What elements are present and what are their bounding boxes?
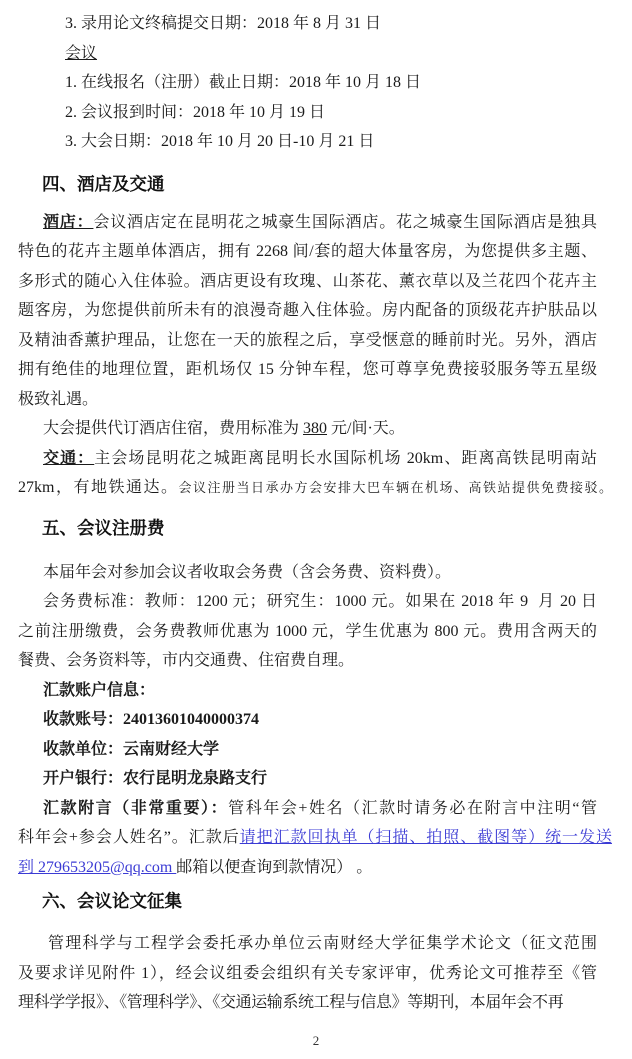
text-line: 管理科学与工程学会委托承办单位云南财经大学征集学术论文（征文范围 [18, 929, 597, 959]
text-segment: 理科学学报》、《管理科学》、《交通运输系统工程与信息》等期刊，本届年会不再 [18, 994, 563, 1011]
text-segment: 1. 在线报名（注册）截止日期：2018 年 10 月 18 日 [65, 74, 421, 91]
text-segment: 元/间·天。 [327, 420, 405, 437]
text-line: 餐费、会务资料等，市内交通费、住宿费自理。 [18, 646, 597, 676]
text-line: 会务费标准：教师：1200 元；研究生：1000 元。如果在 2018 年 9 … [18, 587, 597, 617]
text-line: 题客房，为您提供前所未有的浪漫奇趣入住体验。房内配备的顶级花卉护肤品以 [18, 296, 597, 326]
text-line: 交通：主会场昆明花之城距离昆明长水国际机场 20km、距离高铁昆明南站 [18, 444, 597, 474]
text-line: 2. 会议报到时间：2018 年 10 月 19 日 [65, 98, 597, 128]
text-segment: 管科年会+姓名（汇款时请务必在附言中注明“管 [228, 800, 597, 817]
section-heading-paper-solicitation: 六、会议论文征集 [42, 888, 597, 914]
text-segment: 多形式的随心入住体验。酒店更设有玫瑰、山茶花、薰衣草以及兰花四个花卉主 [18, 273, 597, 290]
text-line: 极致礼遇。 [18, 385, 597, 415]
text-segment: 题客房，为您提供前所未有的浪漫奇趣入住体验。房内配备的顶级花卉护肤品以 [18, 302, 597, 319]
text-line: 多形式的随心入住体验。酒店更设有玫瑰、山茶花、薰衣草以及兰花四个花卉主 [18, 267, 597, 297]
text-segment: 3. 大会日期：2018 年 10 月 20 日-10 月 21 日 [65, 133, 374, 150]
text-segment: 2. 会议报到时间：2018 年 10 月 19 日 [65, 104, 325, 121]
text-line: 收款账号：24013601040000374 [18, 705, 597, 735]
text-segment: 主会场昆明花之城距离昆明长水国际机场 20km、距离高铁昆明南站 [94, 450, 597, 467]
qq-email-link[interactable]: 到 279653205@qq.com [18, 859, 176, 876]
text-segment: 拥有绝佳的地理位置，距机场仅 15 分钟车程，您可尊享免费接驳服务等五星级 [18, 361, 597, 378]
text-segment: 特色的花卉主题单体酒店，拥有 2268 间/套的超大体量客房，为您提供多主题、 [18, 243, 597, 260]
text-segment: 会议酒店定在昆明花之城豪生国际酒店。花之城豪生国际酒店是独具 [93, 214, 597, 231]
text-segment: 27km，有地铁通达。 [18, 479, 178, 496]
page-number: 2 [0, 1033, 632, 1049]
text-segment: 大会提供代订酒店住宿，费用标准为 [43, 420, 303, 437]
text-segment: 之前注册缴费，会务费教师优惠为 1000 元，学生优惠为 800 元。费用含两天… [18, 623, 597, 640]
remittance-receipt-link[interactable]: 请把汇款回执单（扫描、拍照、截图等）统一发送 [240, 829, 612, 846]
text-segment: 3. 录用论文终稿提交日期：2018 年 8 月 31 日 [65, 15, 381, 32]
text-segment: 餐费、会务资料等，市内交通费、住宿费自理。 [18, 652, 354, 669]
text-segment: 管理科学与工程学会委托承办单位云南财经大学征集学术论文（征文范围 [48, 935, 597, 952]
text-line: 大会提供代订酒店住宿，费用标准为 380 元/间·天。 [18, 414, 597, 444]
text-segment: 开户银行：农行昆明龙泉路支行 [43, 770, 267, 787]
text-segment: 会议 [65, 45, 97, 62]
text-line: 科年会+参会人姓名”。汇款后请把汇款回执单（扫描、拍照、截图等）统一发送 [18, 823, 612, 853]
text-line: 特色的花卉主题单体酒店，拥有 2268 间/套的超大体量客房，为您提供多主题、 [18, 237, 597, 267]
text-segment: 380 [303, 420, 327, 437]
text-segment: 收款账号：24013601040000374 [43, 711, 259, 728]
text-segment: 邮箱以便查询到款情况） 。 [176, 859, 372, 876]
text-line: 理科学学报》、《管理科学》、《交通运输系统工程与信息》等期刊，本届年会不再 [18, 988, 612, 1018]
text-line: 3. 录用论文终稿提交日期：2018 年 8 月 31 日 [65, 9, 597, 39]
text-segment: 及精油香薰护理品，让您在一天的旅程之后，享受惬意的睡前时光。另外，酒店 [18, 332, 597, 349]
text-segment: 极致礼遇。 [18, 391, 98, 408]
text-segment: 科年会+参会人姓名”。汇款后 [18, 829, 240, 846]
text-segment: 本届年会对参加会议者收取会务费（含会务费、资料费）。 [43, 564, 451, 581]
text-line: 及精油香薰护理品，让您在一天的旅程之后，享受惬意的睡前时光。另外，酒店 [18, 326, 597, 356]
text-line: 本届年会对参加会议者收取会务费（含会务费、资料费）。 [18, 558, 597, 588]
text-segment: 会议注册当日承办方会安排大巴车辆在机场、高铁站提供免费接驳。 [178, 480, 612, 495]
text-segment: 汇款附言（非常重要）： [43, 800, 228, 817]
document-page: 3. 录用论文终稿提交日期：2018 年 8 月 31 日会议1. 在线报名（注… [0, 0, 632, 1059]
text-line: 3. 大会日期：2018 年 10 月 20 日-10 月 21 日 [65, 127, 597, 157]
text-line: 及要求详见附件 1），经会议组委会组织有关专家评审，优秀论文可推荐至《管 [18, 959, 597, 989]
text-line: 1. 在线报名（注册）截止日期：2018 年 10 月 18 日 [65, 68, 597, 98]
text-line: 27km，有地铁通达。会议注册当日承办方会安排大巴车辆在机场、高铁站提供免费接驳… [18, 473, 612, 503]
text-segment: 及要求详见附件 1），经会议组委会组织有关专家评审，优秀论文可推荐至《管 [18, 965, 597, 982]
text-line: 会议 [65, 39, 597, 69]
text-segment: 交通： [43, 450, 94, 467]
text-segment: 酒店： [43, 214, 93, 231]
text-line: 汇款附言（非常重要）：管科年会+姓名（汇款时请务必在附言中注明“管 [18, 794, 597, 824]
text-segment: 汇款账户信息： [43, 682, 155, 699]
text-segment: 会务费标准：教师：1200 元；研究生：1000 元。如果在 2018 年 9 … [43, 593, 597, 610]
section-heading-hotel-transport: 四、酒店及交通 [42, 171, 597, 197]
text-line: 酒店：会议酒店定在昆明花之城豪生国际酒店。花之城豪生国际酒店是独具 [18, 208, 597, 238]
text-line: 汇款账户信息： [18, 676, 597, 706]
text-line: 收款单位：云南财经大学 [18, 735, 597, 765]
section-heading-registration-fee: 五、会议注册费 [42, 515, 597, 541]
text-line: 拥有绝佳的地理位置，距机场仅 15 分钟车程，您可尊享免费接驳服务等五星级 [18, 355, 597, 385]
text-line: 到 279653205@qq.com 邮箱以便查询到款情况） 。 [18, 853, 597, 883]
document-body: 3. 录用论文终稿提交日期：2018 年 8 月 31 日会议1. 在线报名（注… [0, 0, 632, 1018]
text-line: 开户银行：农行昆明龙泉路支行 [18, 764, 597, 794]
text-segment: 收款单位：云南财经大学 [43, 741, 219, 758]
text-line: 之前注册缴费，会务费教师优惠为 1000 元，学生优惠为 800 元。费用含两天… [18, 617, 597, 647]
